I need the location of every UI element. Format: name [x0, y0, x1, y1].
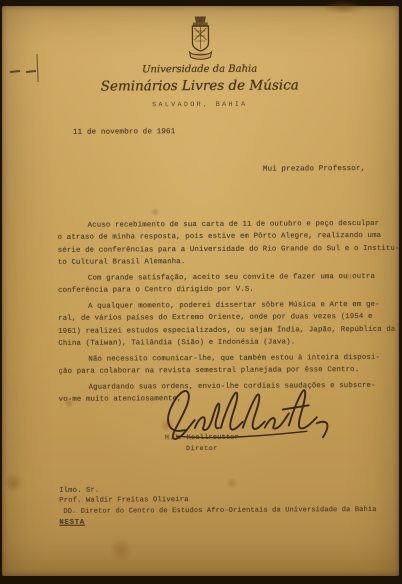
body-line: série de conferências para a Universidad…	[58, 243, 374, 257]
letter-date: 11 de novembro de 1961	[73, 128, 175, 137]
letter-body: Acuso recebimento de sua carta de 11 de …	[58, 218, 375, 410]
letterhead-department: Seminários Livres de Música	[0, 77, 401, 95]
photographed-letter: { "photo": { "paper_color": "#c9a35c", "…	[0, 0, 402, 584]
recipient-line: DD. Diretor do Centro de Estudos Afro-Or…	[59, 505, 376, 517]
signature-title: Diretor	[1, 444, 402, 453]
paragraph: Acuso recebimento de sua carta de 11 de …	[58, 218, 374, 269]
letterhead-institution: Universidade da Bahia	[0, 63, 401, 76]
recipient-block: Ilmo. Sr. Prof. Waldir Freitas Oliveira …	[59, 484, 377, 529]
body-line: Com grande satisfação, aceito seu convit…	[58, 271, 374, 285]
paragraph: Não necessito comunicar-lhe, que também …	[58, 352, 374, 379]
paragraph: A qualquer momento, poderei dissertar sô…	[58, 299, 374, 350]
body-line: ção para colaborar na revista semestral …	[58, 364, 374, 378]
letterhead-city: SALVADOR, BAHIA	[0, 100, 401, 109]
body-line: conferência para o Centro dirigido por V…	[58, 283, 374, 297]
body-line: China (Taiwan), Tailândia (Sião) e Indon…	[58, 336, 374, 350]
body-line: 1961) realizei estudos especializados, o…	[58, 323, 374, 337]
body-line: to Cultural Brasil Alemanha.	[58, 255, 374, 269]
recipient-city: NESTA	[59, 516, 376, 528]
university-crest-icon	[179, 16, 221, 62]
signature-typed-name: H.J. Koellreutter	[1, 433, 402, 443]
salutation: Mui prezado Professor,	[263, 165, 365, 174]
letter-content: Universidade da Bahia Seminários Livres …	[0, 0, 402, 584]
paragraph: Com grande satisfação, aceito seu convit…	[58, 271, 374, 298]
